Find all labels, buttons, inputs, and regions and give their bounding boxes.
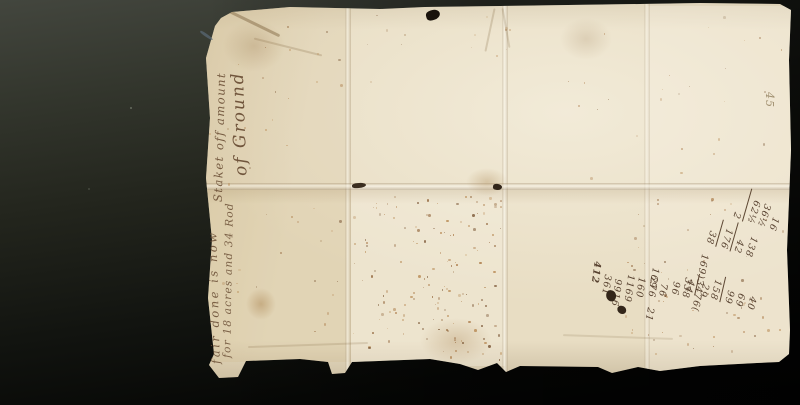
foxing-speckle (327, 312, 330, 315)
foxing-speckle (443, 351, 444, 352)
foxing-speckle (289, 49, 291, 51)
foxing-speckle (428, 214, 431, 217)
foxing-speckle (680, 172, 683, 175)
dust-speck (88, 188, 90, 190)
foxing-speckle (326, 31, 328, 33)
foxing-speckle (404, 304, 406, 306)
foxing-speckle (759, 37, 761, 39)
foxing-speckle (488, 345, 490, 347)
foxing-speckle (368, 347, 370, 349)
foxing-speckle (455, 350, 457, 352)
foxing-speckle (486, 223, 488, 225)
foxing-speckle (272, 119, 274, 121)
foxing-speckle (584, 82, 586, 84)
ink-blot (617, 305, 627, 314)
foxing-speckle (718, 138, 721, 141)
foxing-speckle (313, 208, 315, 210)
foxing-speckle (468, 225, 470, 227)
foxing-speckle (424, 278, 425, 279)
foxing-speckle (440, 232, 441, 233)
foxing-speckle (708, 27, 709, 28)
foxing-speckle (402, 319, 404, 321)
foxing-speckle (426, 214, 428, 216)
foxing-speckle (486, 314, 489, 317)
foxing-speckle (394, 244, 397, 247)
foxing-speckle (438, 329, 439, 330)
stain (466, 168, 508, 196)
foxing-speckle (403, 314, 405, 316)
foxing-speckle (393, 217, 394, 218)
docket-line-4: for 18 acres and 34 Rod (221, 148, 237, 358)
foxing-speckle (339, 220, 341, 222)
foxing-speckle (448, 290, 450, 292)
foxing-speckle (492, 234, 494, 236)
foxing-speckle (494, 245, 496, 247)
docket-line-3: fair done is now (203, 148, 223, 364)
foxing-speckle (354, 263, 355, 264)
foxing-speckle (483, 338, 484, 339)
foxing-speckle (353, 216, 356, 219)
foxing-speckle (496, 55, 497, 56)
foxing-speckle (474, 34, 476, 36)
foxing-speckle (481, 299, 483, 301)
foxing-speckle (465, 254, 467, 256)
foxing-speckle (454, 337, 456, 339)
foxing-speckle (509, 29, 511, 31)
dust-speck (130, 107, 132, 109)
foxing-speckle (331, 230, 333, 232)
foxing-speckle (578, 105, 581, 108)
foxing-speckle (493, 271, 496, 274)
foxing-speckle (446, 288, 447, 289)
foxing-speckle (424, 240, 427, 243)
foxing-speckle (723, 16, 726, 19)
foxing-speckle (433, 228, 435, 230)
foxing-speckle (500, 200, 502, 202)
scanned-document: 45 Staket off amount of Ground fair done… (0, 0, 800, 405)
foxing-speckle (454, 340, 456, 342)
foxing-speckle (379, 213, 381, 215)
foxing-speckle (448, 259, 451, 262)
foxing-speckle (386, 29, 388, 31)
foxing-speckle (404, 227, 406, 229)
stain (560, 18, 612, 60)
foxing-speckle (460, 221, 462, 223)
foxing-speckle (456, 264, 458, 266)
foxing-speckle (660, 98, 662, 100)
foxing-speckle (372, 332, 374, 334)
docket-lower-block: fair done is now for 18 acres and 34 Rod (206, 148, 256, 364)
foxing-speckle (481, 325, 483, 327)
foxing-speckle (466, 294, 467, 295)
foxing-speckle (404, 34, 406, 36)
foxing-speckle (608, 99, 609, 100)
foxing-speckle (669, 75, 670, 76)
foxing-speckle (367, 44, 368, 45)
foxing-speckle (332, 294, 334, 296)
foxing-speckle (370, 81, 372, 83)
foxing-speckle (417, 202, 419, 204)
page-number-block: 45 (755, 92, 781, 122)
foxing-speckle (376, 15, 377, 16)
foxing-speckle (636, 135, 638, 137)
calc-sum-e: 276 160 1169 9916 361 412 (584, 247, 662, 326)
foxing-speckle (441, 319, 443, 321)
foxing-speckle (473, 228, 476, 231)
foxing-speckle (590, 177, 593, 180)
foxing-speckle (314, 280, 316, 282)
foxing-speckle (383, 301, 386, 304)
foxing-speckle (381, 313, 384, 316)
foxing-speckle (474, 329, 477, 332)
foxing-speckle (471, 47, 472, 48)
foxing-speckle (437, 203, 438, 204)
foxing-speckle (365, 239, 366, 240)
foxing-speckle (371, 275, 374, 278)
foxing-speckle (472, 304, 475, 307)
foxing-speckle (286, 145, 287, 146)
foxing-speckle (437, 307, 440, 310)
foxing-speckle (489, 197, 491, 199)
foxing-speckle (494, 285, 496, 287)
foxing-speckle (451, 265, 452, 266)
foxing-speckle (456, 203, 458, 205)
foxing-speckle (362, 280, 363, 281)
foxing-speckle (713, 153, 715, 155)
corner-crease (484, 8, 495, 51)
arithmetic-block: 16 36½ 62½ 2 138 42 176 38 40 69 99 158 (586, 181, 794, 358)
foxing-speckle (275, 91, 276, 92)
foxing-speckle (458, 294, 461, 297)
foxing-speckle (494, 325, 496, 327)
foxing-speckle (486, 16, 488, 18)
foxing-speckle (597, 109, 598, 110)
foxing-speckle (444, 309, 446, 311)
foxing-speckle (505, 27, 508, 30)
foxing-speckle (744, 40, 745, 41)
foxing-speckle (438, 297, 441, 300)
foxing-speckle (450, 356, 453, 359)
foxing-speckle (417, 229, 419, 231)
foxing-speckle (427, 199, 429, 201)
foxing-speckle (389, 311, 391, 313)
foxing-speckle (568, 81, 569, 82)
foxing-speckle (393, 308, 396, 311)
foxing-speckle (423, 287, 424, 288)
foxing-speckle (432, 268, 434, 270)
foxing-speckle (337, 281, 338, 282)
foxing-speckle (678, 93, 680, 95)
foxing-speckle (401, 44, 402, 45)
foxing-speckle (418, 275, 421, 278)
pencil-edge-mark (199, 30, 213, 41)
page-number: 45 (763, 92, 776, 108)
